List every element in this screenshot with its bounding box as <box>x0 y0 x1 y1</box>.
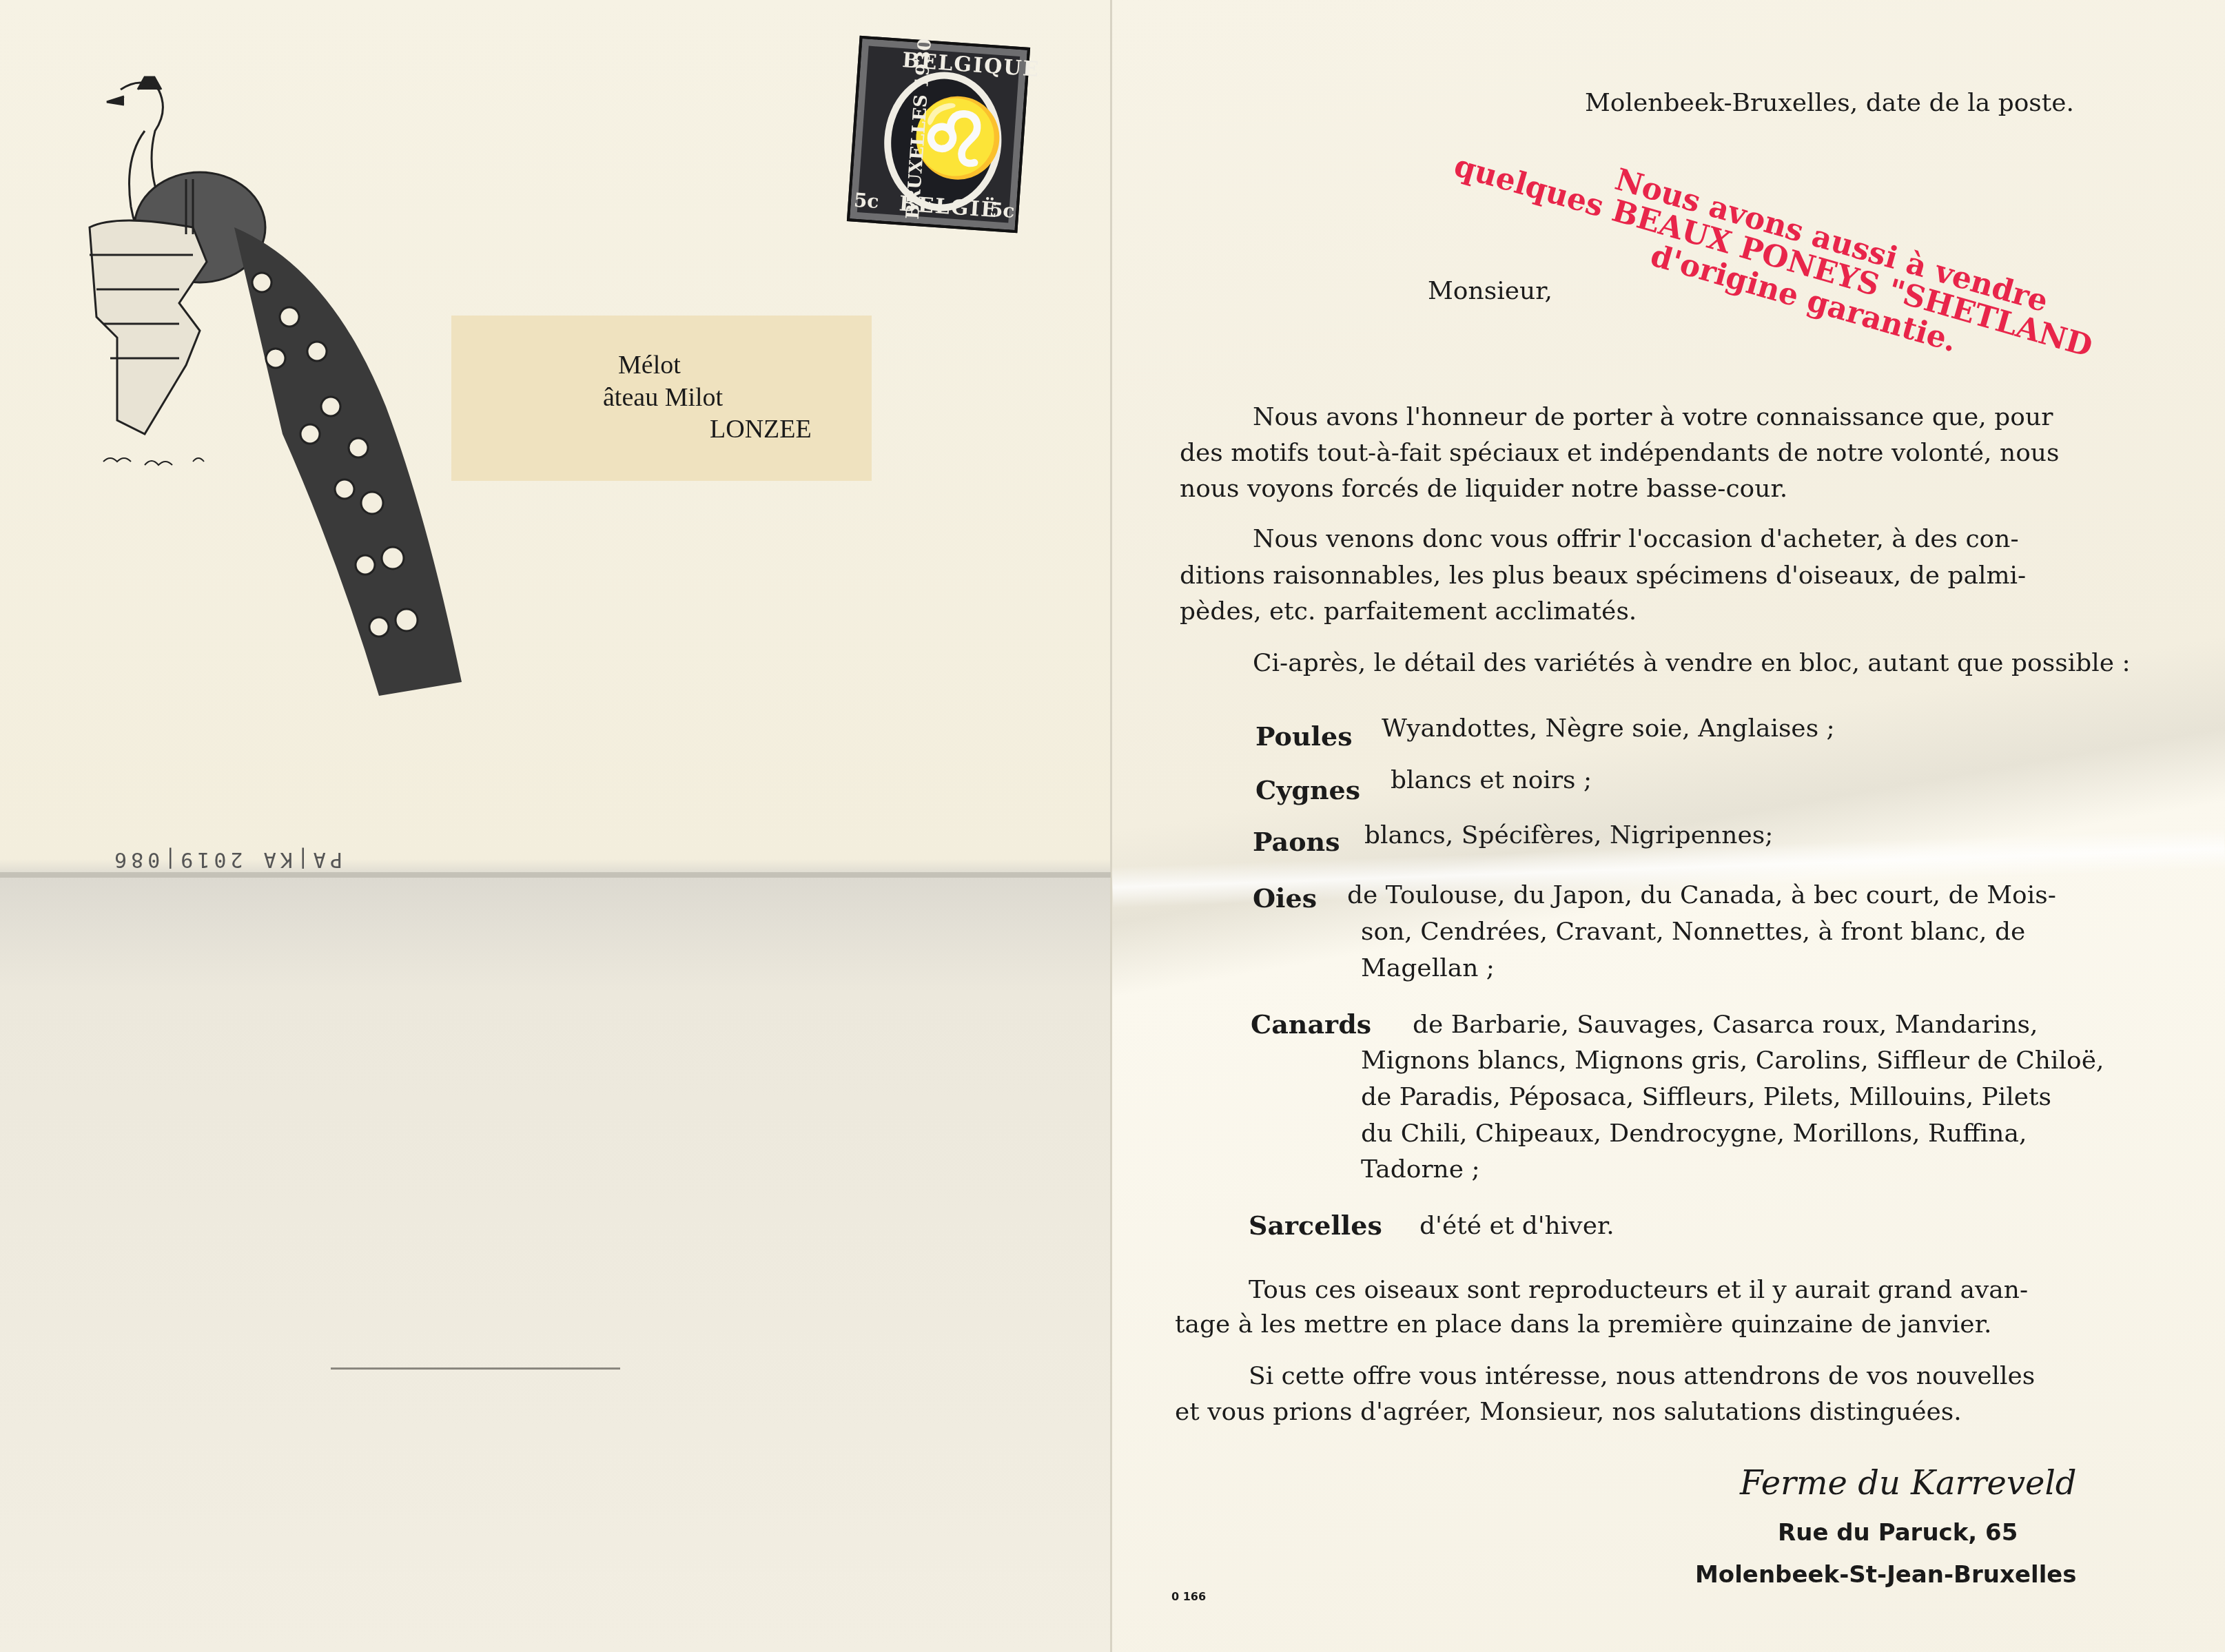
closing-2-line-1: Si cette offre vous intéresse, nous atte… <box>1249 1364 2035 1389</box>
variety-oies-line-2: son, Cendrées, Cravant, Nonnettes, à fro… <box>1361 920 2025 944</box>
closing-1-line-2: tage à les mettre en place dans la premi… <box>1175 1312 1991 1337</box>
variety-canards-line-1: de Barbarie, Sauvages, Casarca roux, Man… <box>1413 1013 2038 1037</box>
variety-canards-line-4: du Chili, Chipeaux, Dendrocygne, Morillo… <box>1361 1122 2027 1146</box>
address-line-3: LONZEE <box>710 414 812 444</box>
address-line-1: Mélot <box>618 350 681 380</box>
paragraph-2-line-3: pèdes, etc. parfaitement acclimatés. <box>1180 599 1637 624</box>
variety-canards-line-3: de Paradis, Péposaca, Siffleurs, Pilets,… <box>1361 1085 2051 1110</box>
horizontal-fold-line <box>0 872 1111 878</box>
variety-oies-name: Oies <box>1253 885 1317 911</box>
salutation: Monsieur, <box>1428 279 1552 304</box>
closing-1-line-1: Tous ces oiseaux sont reproducteurs et i… <box>1249 1278 2028 1303</box>
stamp-value-left: 5c <box>853 189 880 213</box>
address-line-2: âteau Milot <box>603 382 723 413</box>
stamp-value-right: 5c <box>989 198 1016 222</box>
closing-2-line-2: et vous prions d'agréer, Monsieur, nos s… <box>1175 1400 1962 1425</box>
postage-stamp: ♌ BELGIQUE BELGIË BRUXELLES 1930 5c 5c <box>847 36 1030 234</box>
variety-sarcelles-line: d'été et d'hiver. <box>1419 1214 1614 1239</box>
print-code: 0 166 <box>1171 1590 1206 1603</box>
paragraph-1-line-2: des motifs tout-à-fait spéciaux et indép… <box>1180 441 2060 466</box>
variety-poules-name: Poules <box>1255 723 1353 750</box>
sender-city: Molenbeek-St-Jean-Bruxelles <box>1695 1561 2077 1589</box>
sender-street: Rue du Paruck, 65 <box>1778 1519 2018 1547</box>
variety-paons-name: Paons <box>1253 829 1340 855</box>
paragraph-1-line-1: Nous avons l'honneur de porter à votre c… <box>1253 405 2053 430</box>
pencil-inventory-note: PA|KA 2019|086 <box>110 847 342 871</box>
dateline: Molenbeek-Bruxelles, date de la poste. <box>1585 91 2074 116</box>
variety-canards-line-2: Mignons blancs, Mignons gris, Carolins, … <box>1361 1049 2104 1073</box>
variety-canards-name: Canards <box>1251 1011 1371 1037</box>
envelope-slit <box>331 1367 620 1370</box>
address-label: Mélot âteau Milot LONZEE <box>451 316 872 481</box>
paragraph-2-line-2: ditions raisonnables, les plus beaux spé… <box>1180 564 2026 588</box>
signature: Ferme du Karreveld <box>1740 1464 2076 1503</box>
variety-sarcelles-name: Sarcelles <box>1249 1212 1382 1239</box>
variety-paons-line: blancs, Spécifères, Nigripennes; <box>1364 823 1773 848</box>
variety-cygnes-name: Cygnes <box>1255 777 1360 803</box>
variety-oies-line-3: Magellan ; <box>1361 956 1495 981</box>
variety-canards-line-5: Tadorne ; <box>1361 1157 1480 1182</box>
paragraph-2-line-1: Nous venons donc vous offrir l'occasion … <box>1253 527 2019 552</box>
peacock-illustration <box>83 62 469 703</box>
vertical-fold-line <box>1110 0 1112 1652</box>
variety-oies-line-1: de Toulouse, du Japon, du Canada, à bec … <box>1347 883 2056 908</box>
variety-poules-line: Wyandottes, Nègre soie, Anglaises ; <box>1382 716 1835 741</box>
paragraph-3-line-1: Ci-après, le détail des variétés à vendr… <box>1253 651 2131 676</box>
variety-cygnes-line: blancs et noirs ; <box>1391 768 1592 793</box>
paragraph-1-line-3: nous voyons forcés de liquider notre bas… <box>1180 477 1787 502</box>
